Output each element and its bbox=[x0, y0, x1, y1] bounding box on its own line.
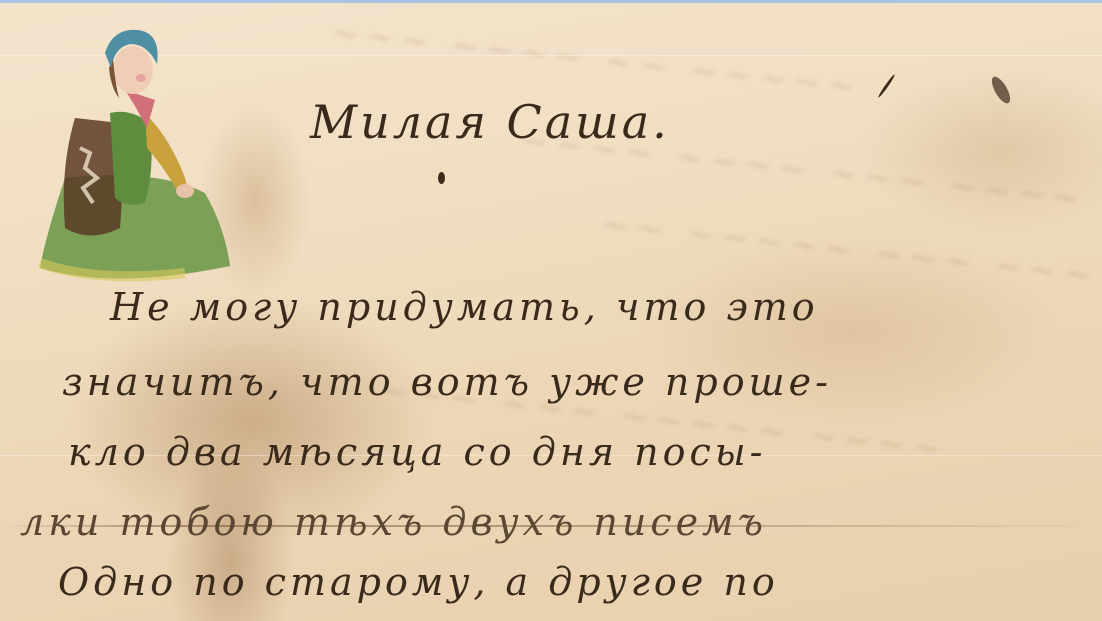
ink-blot bbox=[438, 172, 445, 184]
bleed-through-text: ~~ ~~~~~ ~~~ ~~~ bbox=[599, 204, 1099, 296]
letter-line-3: кло два мѣсяца со дня посы- bbox=[68, 430, 767, 474]
letter-line-4: лки тобою тѣхъ двухъ писемъ bbox=[20, 500, 767, 544]
letter-line-5: Одно по старому, а другое по bbox=[58, 560, 779, 604]
letter-line-1: Не могу придумать, что это bbox=[110, 285, 819, 329]
window-top-border bbox=[0, 0, 1102, 3]
ink-stroke bbox=[877, 74, 896, 99]
letter-page: ~~~ ~~~~ ~~ ~~~~~ ~~~~ ~~~~ ~~~ ~~~~ ~~ … bbox=[0, 0, 1102, 621]
ink-blot bbox=[988, 74, 1013, 106]
girl-illustration-icon bbox=[35, 28, 235, 283]
letter-salutation: Милая Саша. bbox=[310, 95, 670, 149]
letter-line-2: значитъ, что вотъ уже проше- bbox=[62, 360, 832, 404]
bleed-through-text: ~~~ ~~~~ ~~ ~~~~~ bbox=[329, 12, 864, 108]
